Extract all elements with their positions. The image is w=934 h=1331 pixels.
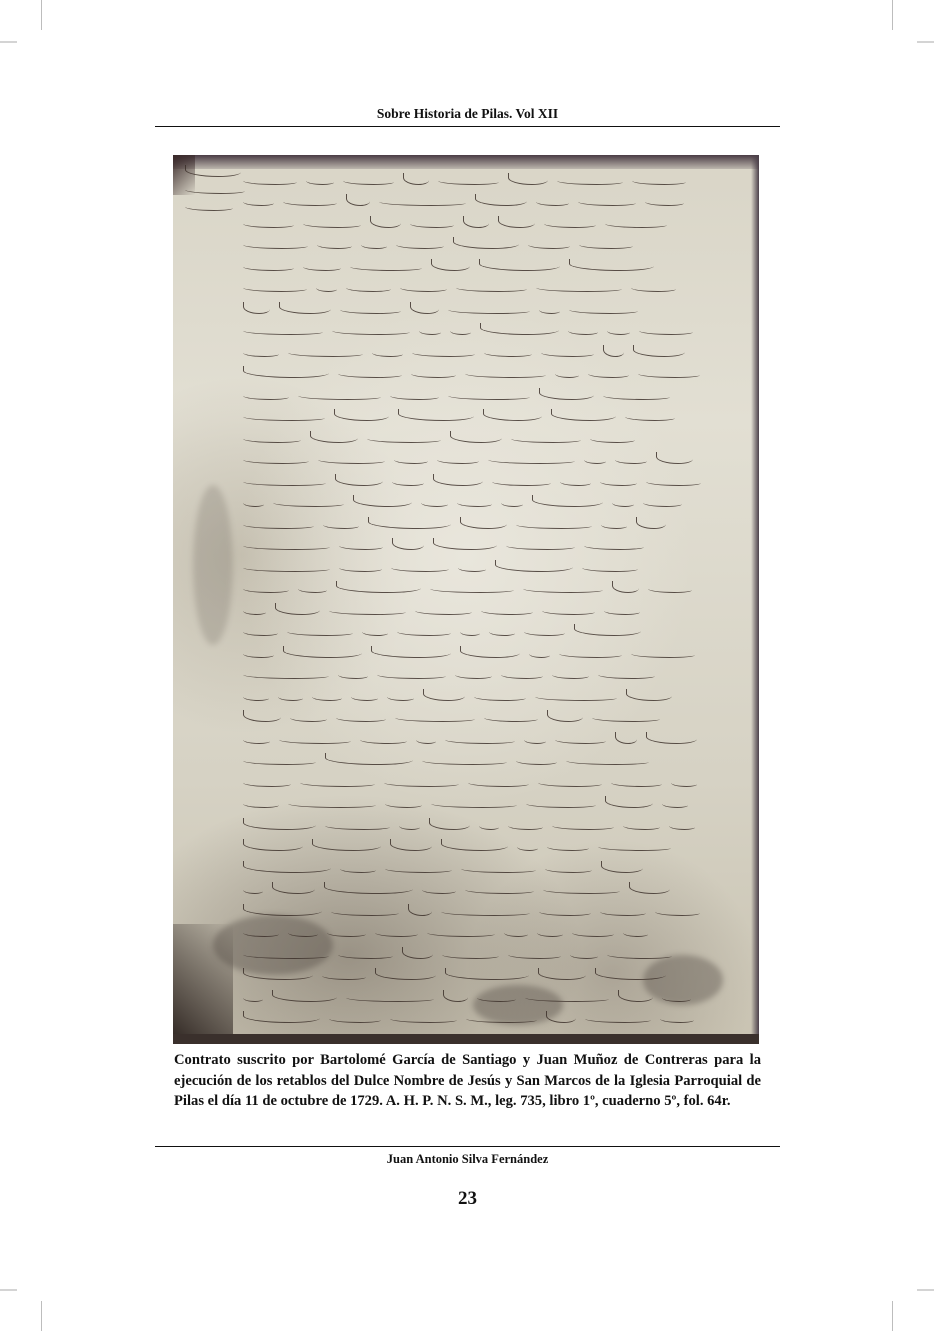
manuscript-photo	[173, 155, 759, 1044]
margin-annotation	[185, 165, 247, 221]
script-line	[243, 615, 749, 637]
footer-author: Juan Antonio Silva Fernández	[155, 1152, 780, 1167]
script-line	[243, 679, 749, 701]
ink-stain	[193, 485, 233, 645]
script-line	[243, 314, 749, 336]
script-line	[243, 400, 749, 422]
crop-mark	[917, 1289, 934, 1291]
script-line	[243, 486, 749, 508]
script-line	[243, 378, 749, 400]
script-line	[243, 443, 749, 465]
script-line	[243, 765, 749, 787]
script-line	[243, 529, 749, 551]
script-line	[243, 744, 749, 766]
crop-mark	[41, 0, 42, 30]
running-title: Sobre Historia de Pilas. Vol XII	[155, 106, 780, 122]
crop-mark	[892, 1301, 893, 1331]
photo-edge	[751, 155, 759, 1044]
script-line	[243, 292, 749, 314]
script-line	[243, 206, 749, 228]
footer-rule	[155, 1146, 780, 1147]
script-line	[243, 357, 749, 379]
crop-mark	[0, 1289, 17, 1291]
script-line	[243, 851, 749, 873]
crop-mark	[917, 41, 934, 43]
handwritten-text	[243, 163, 749, 1023]
crop-mark	[41, 1301, 42, 1331]
script-line	[243, 830, 749, 852]
crop-mark	[892, 0, 893, 30]
script-line	[243, 808, 749, 830]
header-rule	[155, 126, 780, 127]
script-line	[243, 1002, 749, 1024]
script-line	[243, 701, 749, 723]
script-line	[243, 894, 749, 916]
script-line	[243, 636, 749, 658]
script-line	[243, 937, 749, 959]
script-line	[243, 507, 749, 529]
script-line	[243, 249, 749, 271]
script-line	[243, 228, 749, 250]
script-line	[243, 873, 749, 895]
script-line	[243, 421, 749, 443]
script-line	[243, 163, 749, 185]
script-line	[243, 722, 749, 744]
page-number: 23	[155, 1188, 780, 1210]
script-line	[243, 980, 749, 1002]
script-line	[243, 550, 749, 572]
script-line	[243, 658, 749, 680]
script-line	[243, 464, 749, 486]
crop-mark	[0, 41, 17, 43]
figure-caption: Contrato suscrito por Bartolomé García d…	[174, 1050, 761, 1112]
script-line	[243, 572, 749, 594]
script-line	[243, 959, 749, 981]
script-line	[243, 185, 749, 207]
script-line	[243, 593, 749, 615]
script-line	[243, 271, 749, 293]
script-line	[243, 916, 749, 938]
photo-edge	[173, 1034, 759, 1044]
script-line	[243, 787, 749, 809]
script-line	[243, 335, 749, 357]
